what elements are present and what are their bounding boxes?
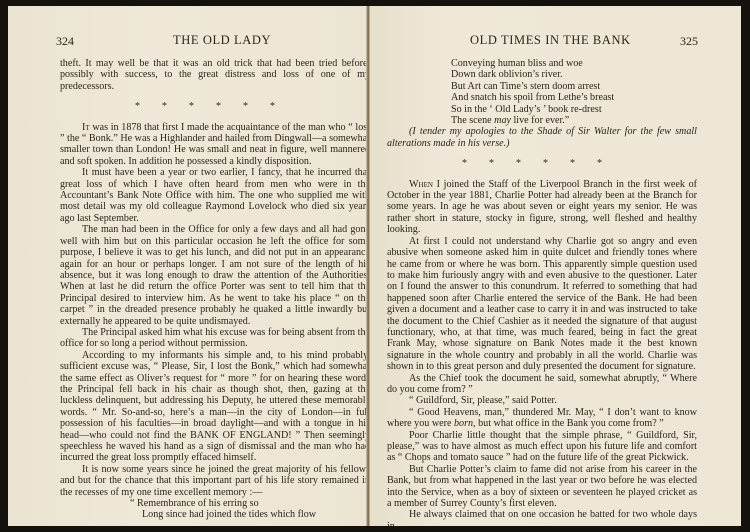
author-note: (I tender my apologies to the Shade of S… (387, 126, 697, 149)
running-head: THE OLD LADY (173, 33, 271, 48)
running-head: OLD TIMES IN THE BANK (470, 33, 631, 48)
asterisk: * (516, 158, 521, 169)
verse-line: So in the ‘ Old Lady’s ’ book re-drest (387, 104, 697, 115)
verse-line: But Art can Time’s stern doom arrest (387, 81, 697, 92)
paragraph: “ Good Heavens, man,” thundered Mr. May,… (387, 407, 697, 430)
verse-line: Conveying human bliss and woe (387, 58, 697, 69)
paragraph: At first I could not understand why Char… (387, 236, 697, 373)
asterisk: * (270, 101, 275, 112)
lead-word: It (82, 122, 90, 133)
paragraph: It must have been a year or two earlier,… (60, 167, 368, 224)
page-number: 324 (56, 34, 74, 49)
paragraph: But Charlie Potter’s claim to fame did n… (387, 464, 697, 510)
asterisk: * (489, 158, 494, 169)
asterisk: * (597, 158, 602, 169)
paragraph: When I joined the Staff of the Liverpool… (387, 179, 697, 236)
paragraph: The Principal asked him what his excuse … (60, 327, 368, 350)
paragraph: Poor Charlie little thought that the sim… (387, 430, 697, 464)
asterisk: * (570, 158, 575, 169)
verse-line: “ Remembrance of his erring so (60, 498, 368, 509)
verse-line: Down dark oblivion’s river. (387, 69, 697, 80)
page-number: 325 (680, 34, 698, 49)
asterisk: * (243, 101, 248, 112)
section-separator: * * * * * * (60, 101, 368, 112)
asterisk: * (135, 101, 140, 112)
asterisk: * (462, 158, 467, 169)
body-text: Conveying human bliss and woe Down dark … (387, 58, 697, 526)
paragraph: It is now some years since he joined the… (60, 464, 368, 498)
verse-line: And snatch his spoil from Lethe’s breast (387, 92, 697, 103)
left-page: 324 THE OLD LADY theft. It may well be t… (8, 6, 368, 526)
verse-quote: “ Remembrance of his erring so Long sinc… (60, 498, 368, 521)
paragraph: “ Guildford, Sir, please,” said Potter. (387, 395, 697, 406)
section-separator: * * * * * * (387, 158, 697, 169)
asterisk: * (162, 101, 167, 112)
verse-line: The scene may live for ever.” (387, 115, 697, 126)
verse-quote: Conveying human bliss and woe Down dark … (387, 58, 697, 126)
lead-word: When (409, 179, 433, 190)
paragraph: It was in 1878 that first I made the acq… (60, 122, 368, 168)
paragraph: As the Chief took the document he said, … (387, 373, 697, 396)
paragraph: theft. It may well be that it was an old… (60, 58, 368, 92)
asterisk: * (189, 101, 194, 112)
body-text: theft. It may well be that it was an old… (60, 58, 368, 521)
asterisk: * (543, 158, 548, 169)
verse-line: Long since had joined the tides which fl… (60, 509, 368, 520)
right-page: OLD TIMES IN THE BANK 325 Conveying huma… (370, 6, 741, 526)
asterisk: * (216, 101, 221, 112)
paragraph: The man had been in the Office for only … (60, 224, 368, 327)
paragraph: He always claimed that on one occasion h… (387, 509, 697, 526)
paragraph: According to my informants his simple an… (60, 350, 368, 464)
book-spread: 324 THE OLD LADY theft. It may well be t… (8, 6, 741, 526)
